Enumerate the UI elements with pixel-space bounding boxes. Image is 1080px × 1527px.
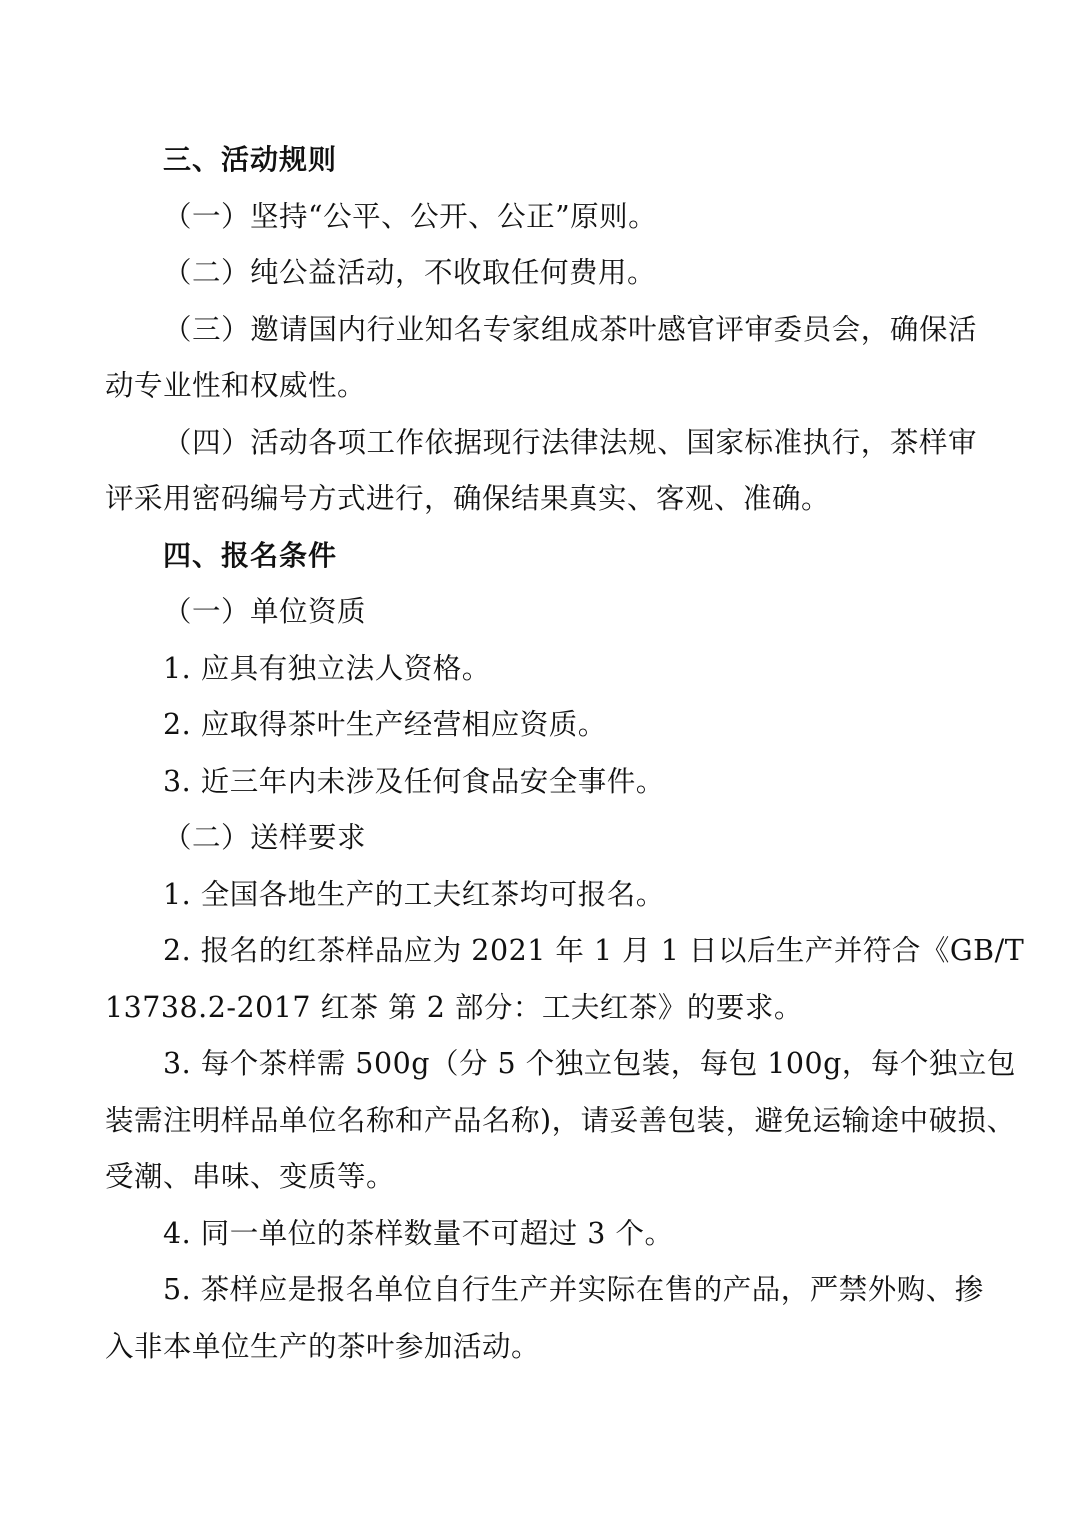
qualification-item-2: 2. 应取得茶叶生产经营相应资质。 (163, 705, 977, 745)
subsection-title-qualification: （一）单位资质 (163, 592, 977, 632)
section-heading-registration: 四、报名条件 (163, 536, 1035, 576)
sample-item-5-line-2: 入非本单位生产的茶叶参加活动。 (105, 1327, 977, 1367)
sample-item-3-line-2: 装需注明样品单位名称和产品名称)，请妥善包装，避免运输途中破损、 (105, 1101, 977, 1141)
qualification-item-3: 3. 近三年内未涉及任何食品安全事件。 (163, 762, 977, 802)
sample-item-5-line-1: 5. 茶样应是报名单位自行生产并实际在售的产品，严禁外购、掺 (163, 1270, 977, 1310)
sample-item-2-line-1: 2. 报名的红茶样品应为 2021 年 1 月 1 日以后生产并符合《GB/T (163, 931, 977, 971)
sample-item-3-line-1: 3. 每个茶样需 500g（分 5 个独立包装，每包 100g，每个独立包 (163, 1044, 977, 1084)
document-page: 三、活动规则 （一）坚持“公平、公开、公正”原则。 （二）纯公益活动，不收取任何… (0, 0, 1080, 1527)
qualification-item-1: 1. 应具有独立法人资格。 (163, 649, 977, 689)
rule-item-4-line-2: 评采用密码编号方式进行，确保结果真实、客观、准确。 (105, 479, 977, 519)
rule-item-1: （一）坚持“公平、公开、公正”原则。 (163, 197, 977, 237)
sample-item-1: 1. 全国各地生产的工夫红茶均可报名。 (163, 875, 977, 915)
rule-item-2: （二）纯公益活动，不收取任何费用。 (163, 253, 977, 293)
subsection-title-sample: （二）送样要求 (163, 818, 977, 858)
sample-item-3-line-3: 受潮、串味、变质等。 (105, 1157, 977, 1197)
sample-item-4: 4. 同一单位的茶样数量不可超过 3 个。 (163, 1214, 977, 1254)
sample-item-2-line-2: 13738.2-2017 红茶 第 2 部分：工夫红茶》的要求。 (105, 988, 977, 1028)
rule-item-3-line-1: （三）邀请国内行业知名专家组成茶叶感官评审委员会，确保活 (163, 310, 977, 350)
rule-item-4-line-1: （四）活动各项工作依据现行法律法规、国家标准执行，茶样审 (163, 423, 977, 463)
rule-item-3-line-2: 动专业性和权威性。 (105, 366, 977, 406)
section-heading-rules: 三、活动规则 (163, 140, 1035, 180)
